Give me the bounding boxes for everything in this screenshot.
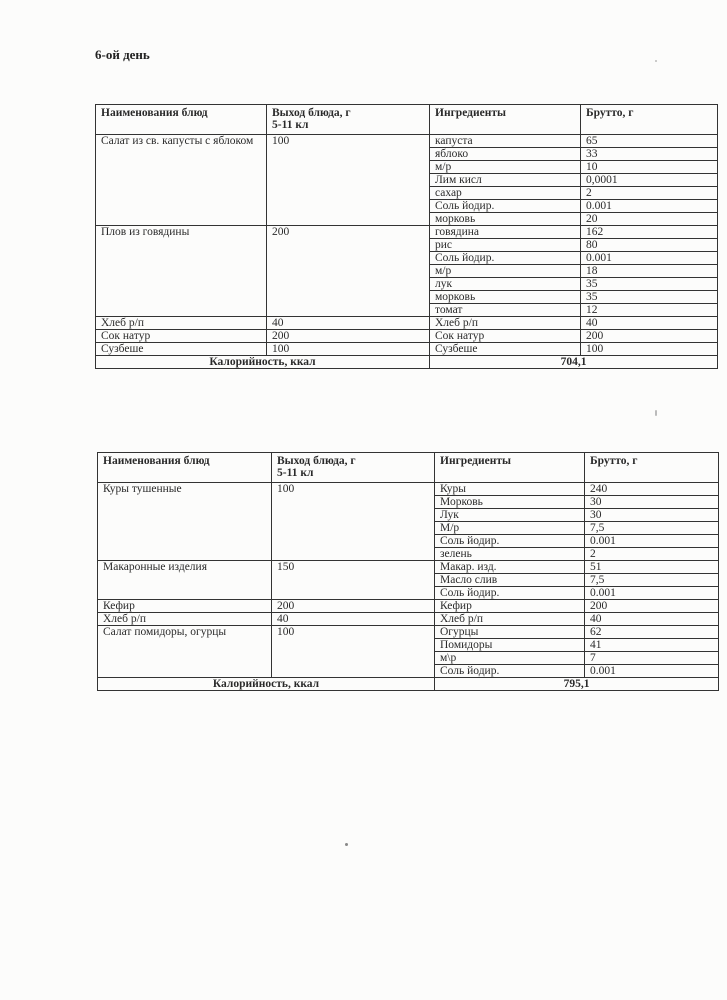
ingredient-gross: 10 <box>581 161 718 174</box>
dish-name: Салат помидоры, огурцы <box>98 626 272 678</box>
ingredient-gross: 162 <box>581 226 718 239</box>
ingredient-gross: 0.001 <box>581 200 718 213</box>
menu-table-2: Наименования блюдВыход блюда, г5-11 клИн… <box>97 452 719 691</box>
ingredient-name: Сузбеше <box>430 343 581 356</box>
calorie-value: 795,1 <box>435 678 719 691</box>
ingredient-name: лук <box>430 278 581 291</box>
dish-name: Салат из св. капусты с яблоком <box>96 135 267 226</box>
ingredient-name: М/р <box>435 522 585 535</box>
header-yield-line1: Выход блюда, г <box>272 107 424 119</box>
ingredient-name: Соль йодир. <box>435 665 585 678</box>
ingredient-name: Огурцы <box>435 626 585 639</box>
dish-name: Хлеб р/п <box>96 317 267 330</box>
table-row: Салат помидоры, огурцы100Огурцы62 <box>98 626 719 639</box>
ingredient-gross: 200 <box>581 330 718 343</box>
scan-speck <box>655 60 657 62</box>
ingredient-gross: 51 <box>585 561 719 574</box>
header-yield-line2: 5-11 кл <box>272 119 424 131</box>
ingredient-gross: 65 <box>581 135 718 148</box>
table-row: Сузбеше100Сузбеше100 <box>96 343 718 356</box>
ingredient-name: Соль йодир. <box>430 252 581 265</box>
ingredient-gross: 20 <box>581 213 718 226</box>
dish-name: Хлеб р/п <box>98 613 272 626</box>
dish-name: Сок натур <box>96 330 267 343</box>
ingredient-gross: 0,0001 <box>581 174 718 187</box>
ingredient-name: капуста <box>430 135 581 148</box>
dish-yield: 100 <box>267 135 430 226</box>
dish-yield: 40 <box>272 613 435 626</box>
ingredient-name: Морковь <box>435 496 585 509</box>
header-yield: Выход блюда, г5-11 кл <box>267 105 430 135</box>
ingredient-gross: 35 <box>581 278 718 291</box>
ingredient-gross: 41 <box>585 639 719 652</box>
table-row: Сок натур200Сок натур200 <box>96 330 718 343</box>
scan-speck <box>345 843 348 846</box>
header-gross: Брутто, г <box>581 105 718 135</box>
header-yield-line1: Выход блюда, г <box>277 455 429 467</box>
ingredient-gross: 100 <box>581 343 718 356</box>
table-row: Плов из говядины200говядина162 <box>96 226 718 239</box>
table-row: Макаронные изделия150Макар. изд.51 <box>98 561 719 574</box>
dish-yield: 200 <box>272 600 435 613</box>
ingredient-name: говядина <box>430 226 581 239</box>
ingredient-gross: 80 <box>581 239 718 252</box>
ingredient-name: Помидоры <box>435 639 585 652</box>
dish-yield: 40 <box>267 317 430 330</box>
ingredient-name: яблоко <box>430 148 581 161</box>
ingredient-name: Хлеб р/п <box>430 317 581 330</box>
header-ingredients: Ингредиенты <box>435 453 585 483</box>
ingredient-name: Макар. изд. <box>435 561 585 574</box>
ingredient-name: сахар <box>430 187 581 200</box>
ingredient-name: Хлеб р/п <box>435 613 585 626</box>
ingredient-gross: 35 <box>581 291 718 304</box>
ingredient-gross: 30 <box>585 509 719 522</box>
ingredient-gross: 0.001 <box>585 535 719 548</box>
ingredient-name: Соль йодир. <box>430 200 581 213</box>
menu-table-1: Наименования блюдВыход блюда, г5-11 клИн… <box>95 104 718 369</box>
ingredient-name: рис <box>430 239 581 252</box>
dish-yield: 100 <box>272 626 435 678</box>
header-gross: Брутто, г <box>585 453 719 483</box>
ingredient-name: Кефир <box>435 600 585 613</box>
ingredient-name: Лим кисл <box>430 174 581 187</box>
ingredient-gross: 33 <box>581 148 718 161</box>
dish-name: Плов из говядины <box>96 226 267 317</box>
table-row: Хлеб р/п40Хлеб р/п40 <box>98 613 719 626</box>
ingredient-gross: 0.001 <box>581 252 718 265</box>
page-title: 6-ой день <box>95 47 150 63</box>
table-row: Кефир200Кефир200 <box>98 600 719 613</box>
ingredient-name: Лук <box>435 509 585 522</box>
dish-yield: 200 <box>267 330 430 343</box>
ingredient-name: морковь <box>430 291 581 304</box>
calorie-label: Калорийность, ккал <box>98 678 435 691</box>
ingredient-name: м/р <box>430 161 581 174</box>
dish-yield: 150 <box>272 561 435 600</box>
ingredient-gross: 40 <box>581 317 718 330</box>
table-header-row: Наименования блюдВыход блюда, г5-11 клИн… <box>96 105 718 135</box>
ingredient-name: морковь <box>430 213 581 226</box>
table-row: Салат из св. капусты с яблоком100капуста… <box>96 135 718 148</box>
ingredient-gross: 62 <box>585 626 719 639</box>
dish-yield: 100 <box>267 343 430 356</box>
ingredient-gross: 7 <box>585 652 719 665</box>
dish-name: Кефир <box>98 600 272 613</box>
dish-yield: 200 <box>267 226 430 317</box>
header-ingredients: Ингредиенты <box>430 105 581 135</box>
ingredient-name: Куры <box>435 483 585 496</box>
ingredient-name: зелень <box>435 548 585 561</box>
ingredient-name: м/р <box>430 265 581 278</box>
ingredient-gross: 0.001 <box>585 665 719 678</box>
table-row: Хлеб р/п40Хлеб р/п40 <box>96 317 718 330</box>
ingredient-name: Сок натур <box>430 330 581 343</box>
dish-name: Куры тушенные <box>98 483 272 561</box>
calorie-row: Калорийность, ккал795,1 <box>98 678 719 691</box>
header-yield-line2: 5-11 кл <box>277 467 429 479</box>
calorie-value: 704,1 <box>430 356 718 369</box>
dish-yield: 100 <box>272 483 435 561</box>
ingredient-gross: 7,5 <box>585 574 719 587</box>
ingredient-name: м\р <box>435 652 585 665</box>
calorie-label: Калорийность, ккал <box>96 356 430 369</box>
ingredient-name: томат <box>430 304 581 317</box>
ingredient-gross: 30 <box>585 496 719 509</box>
ingredient-name: Соль йодир. <box>435 587 585 600</box>
calorie-row: Калорийность, ккал704,1 <box>96 356 718 369</box>
table-row: Куры тушенные100Куры240 <box>98 483 719 496</box>
ingredient-gross: 240 <box>585 483 719 496</box>
ingredient-gross: 2 <box>581 187 718 200</box>
ingredient-gross: 12 <box>581 304 718 317</box>
ingredient-gross: 18 <box>581 265 718 278</box>
ingredient-gross: 200 <box>585 600 719 613</box>
header-dish: Наименования блюд <box>98 453 272 483</box>
ingredient-name: Соль йодир. <box>435 535 585 548</box>
ingredient-gross: 0.001 <box>585 587 719 600</box>
header-yield: Выход блюда, г5-11 кл <box>272 453 435 483</box>
scan-speck <box>655 410 657 416</box>
ingredient-gross: 2 <box>585 548 719 561</box>
ingredient-gross: 40 <box>585 613 719 626</box>
dish-name: Сузбеше <box>96 343 267 356</box>
ingredient-gross: 7,5 <box>585 522 719 535</box>
dish-name: Макаронные изделия <box>98 561 272 600</box>
table-header-row: Наименования блюдВыход блюда, г5-11 клИн… <box>98 453 719 483</box>
ingredient-name: Масло слив <box>435 574 585 587</box>
header-dish: Наименования блюд <box>96 105 267 135</box>
